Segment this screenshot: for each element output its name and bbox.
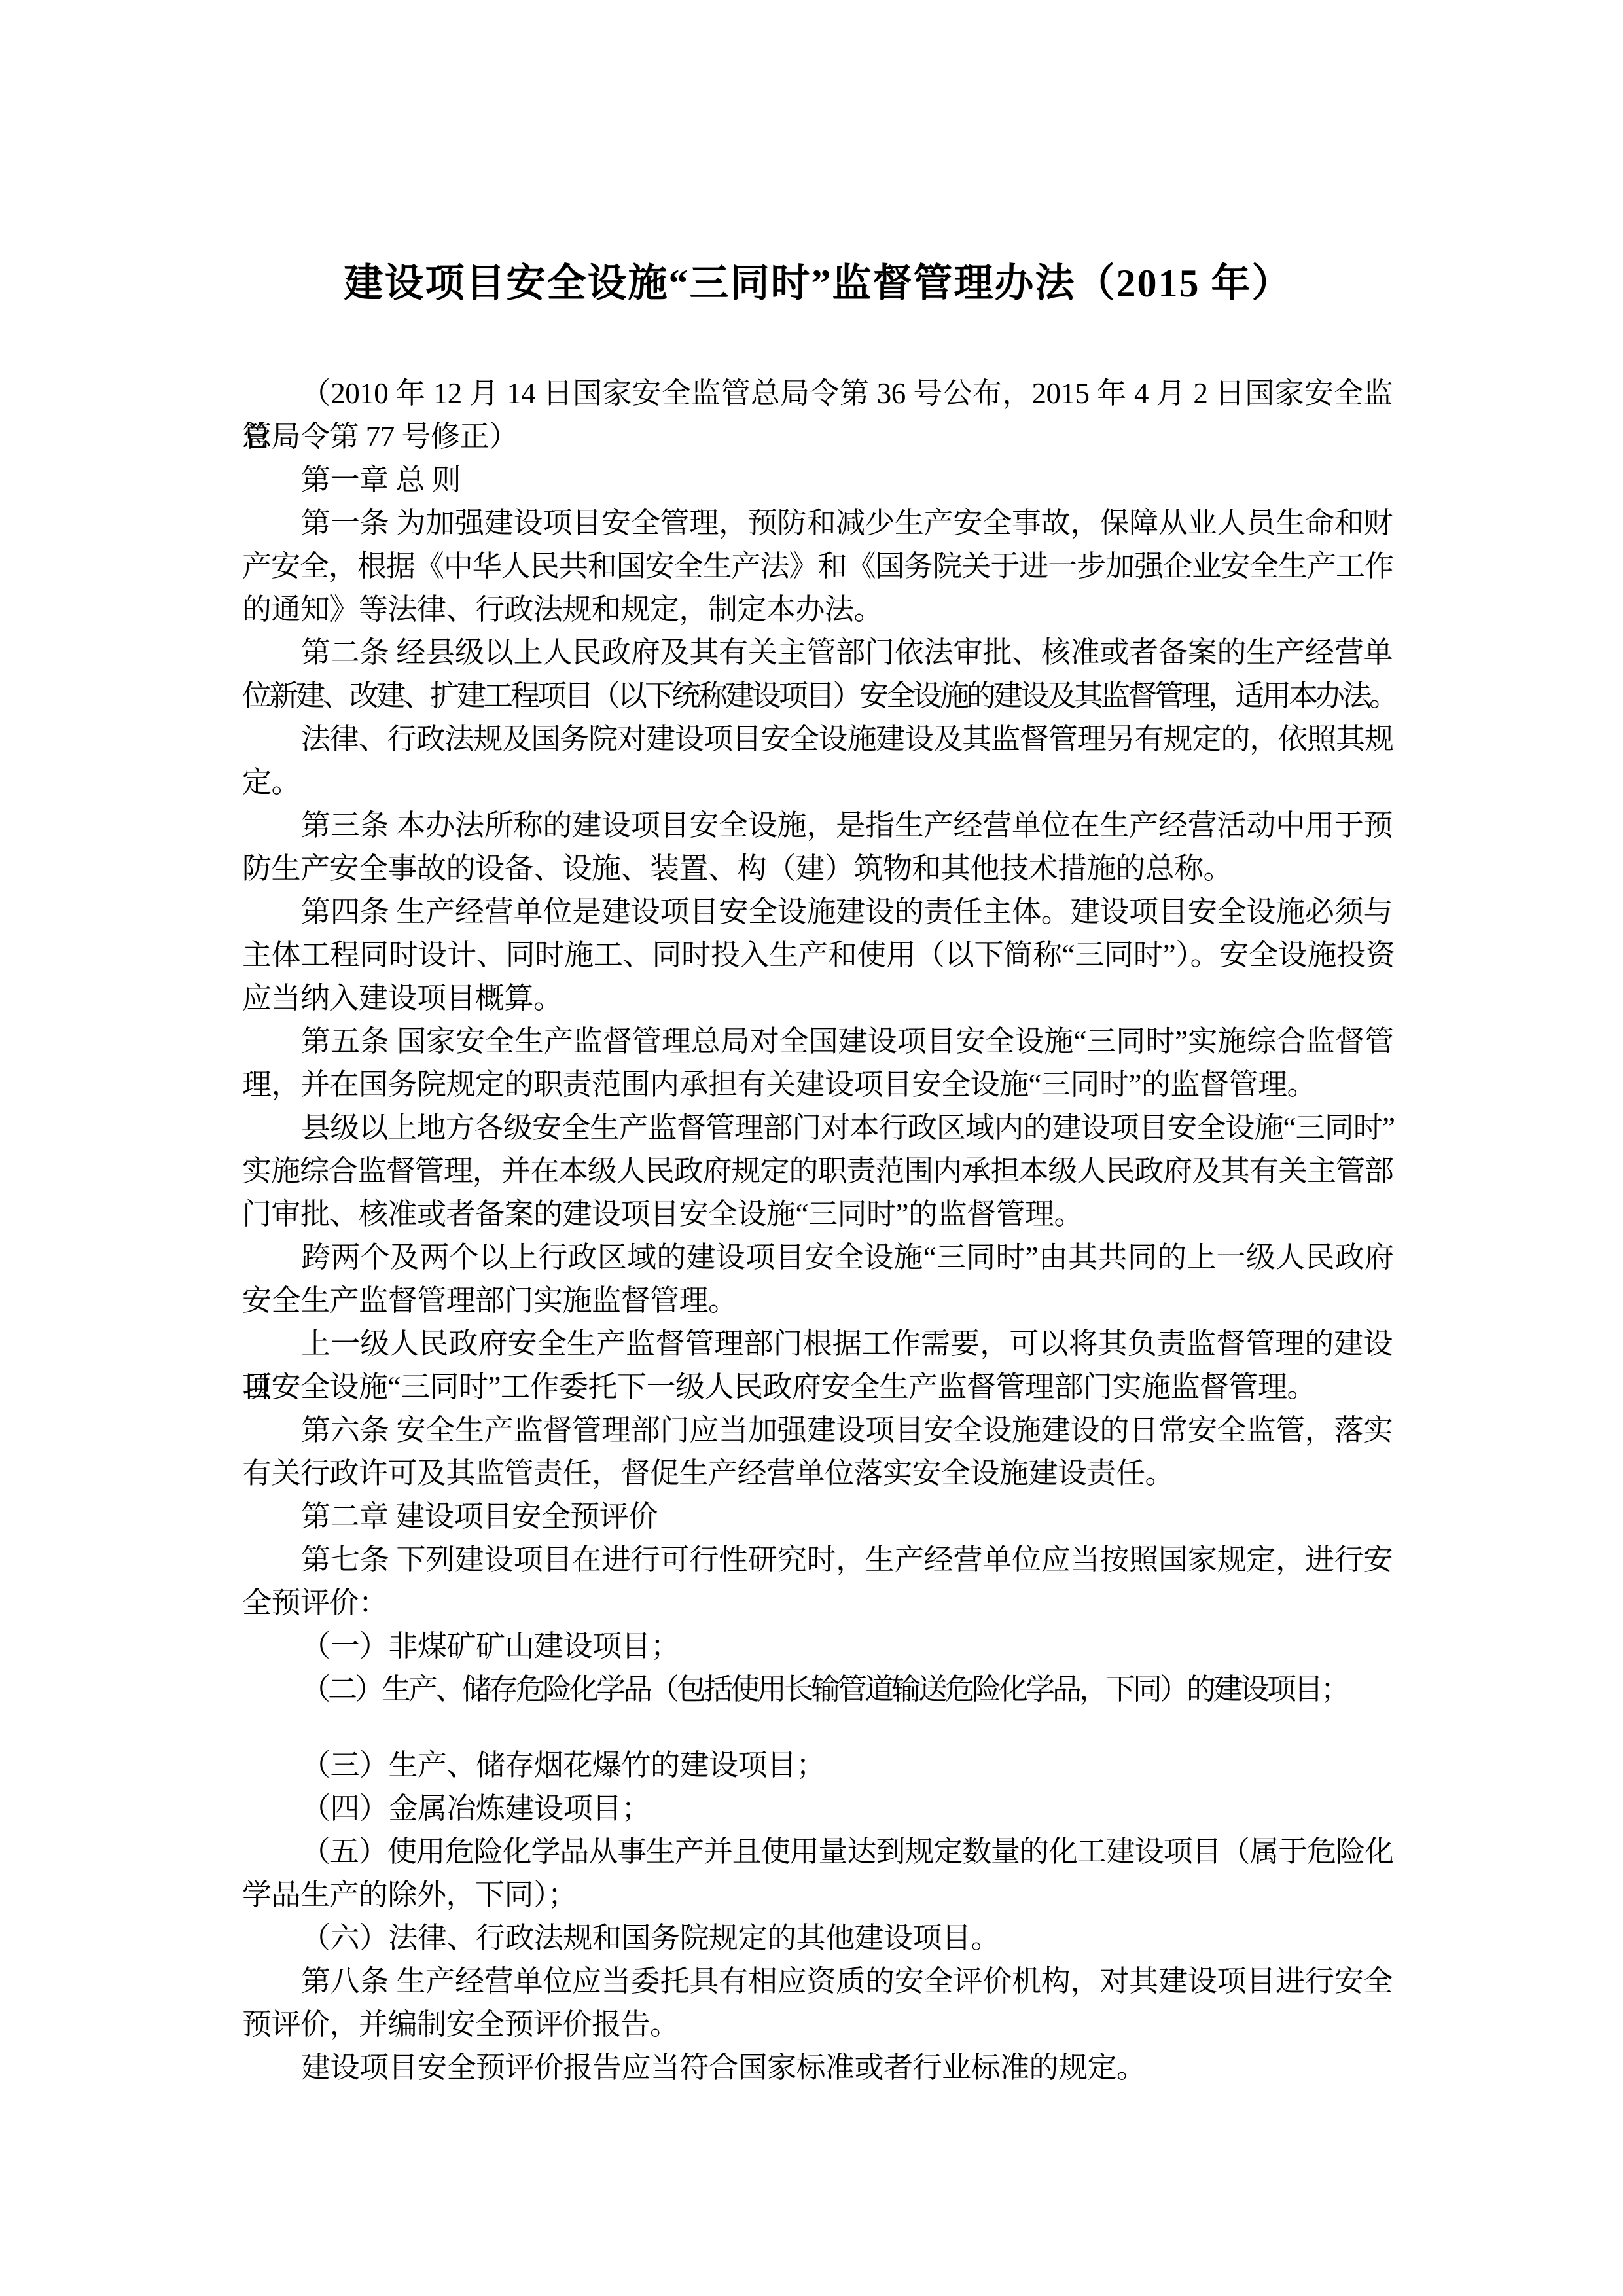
text-line: （四）金属冶炼建设项目；	[242, 1787, 1393, 1830]
text-line: （一）非煤矿矿山建设项目；	[242, 1624, 1393, 1668]
text-line: 有关行政许可及其监管责任，督促生产经营单位落实安全设施建设责任。	[242, 1452, 1393, 1495]
document-page: 建设项目安全设施“三同时”监督管理办法（2015 年） （2010 年 12 月…	[0, 0, 1623, 2296]
text-line: 门审批、核准或者备案的建设项目安全设施“三同时”的监督管理。	[242, 1193, 1393, 1236]
text-line: 建设项目安全预评价报告应当符合国家标准或者行业标准的规定。	[242, 2046, 1393, 2089]
text-line: （2010 年 12 月 14 日国家安全监管总局令第 36 号公布，2015 …	[242, 372, 1393, 415]
text-line: 应当纳入建设项目概算。	[242, 977, 1393, 1020]
text-line: 主体工程同时设计、同时施工、同时投入生产和使用（以下简称“三同时”）。安全设施投…	[242, 933, 1393, 977]
text-line: 跨两个及两个以上行政区域的建设项目安全设施“三同时”由其共同的上一级人民政府	[242, 1236, 1393, 1279]
text-line: （六）法律、行政法规和国务院规定的其他建设项目。	[242, 1916, 1393, 1960]
text-line: 第三条 本办法所称的建设项目安全设施，是指生产经营单位在生产经营活动中用于预	[242, 804, 1393, 847]
text-line: 第二条 经县级以上人民政府及其有关主管部门依法审批、核准或者备案的生产经营单	[242, 631, 1393, 674]
text-line: 第一条 为加强建设项目安全管理，预防和减少生产安全事故，保障从业人员生命和财	[242, 501, 1393, 545]
text-line: 防生产安全事故的设备、设施、装置、构（建）筑物和其他技术措施的总称。	[242, 847, 1393, 890]
text-line: 学品生产的除外，下同）；	[242, 1873, 1393, 1916]
text-line: 目安全设施“三同时”工作委托下一级人民政府安全生产监督管理部门实施监督管理。	[242, 1365, 1393, 1408]
text-line: 上一级人民政府安全生产监督管理部门根据工作需要，可以将其负责监督管理的建设项	[242, 1322, 1393, 1365]
text-line: 总局令第 77 号修正）	[242, 415, 1393, 458]
text-line: 第六条 安全生产监督管理部门应当加强建设项目安全设施建设的日常安全监管，落实	[242, 1408, 1393, 1452]
text-line: 定。	[242, 761, 1393, 804]
text-line: 理，并在国务院规定的职责范围内承担有关建设项目安全设施“三同时”的监督管理。	[242, 1063, 1393, 1106]
blank-line	[242, 1711, 1393, 1744]
document-body: （2010 年 12 月 14 日国家安全监管总局令第 36 号公布，2015 …	[0, 372, 1623, 2089]
text-line: （二）生产、储存危险化学品（包括使用长输管道输送危险化学品，下同）的建设项目；	[242, 1668, 1393, 1711]
text-line: 预评价，并编制安全预评价报告。	[242, 2003, 1393, 2046]
text-line: 的通知》等法律、行政法规和规定，制定本办法。	[242, 588, 1393, 631]
text-line: （五）使用危险化学品从事生产并且使用量达到规定数量的化工建设项目（属于危险化	[242, 1830, 1393, 1873]
text-line: 位新建、改建、扩建工程项目（以下统称建设项目）安全设施的建设及其监督管理，适用本…	[242, 674, 1393, 717]
text-line: 安全生产监督管理部门实施监督管理。	[242, 1279, 1393, 1322]
text-line: 第二章 建设项目安全预评价	[242, 1495, 1393, 1538]
text-line: 第四条 生产经营单位是建设项目安全设施建设的责任主体。建设项目安全设施必须与	[242, 890, 1393, 933]
document-title: 建设项目安全设施“三同时”监督管理办法（2015 年）	[242, 258, 1394, 309]
text-line: 县级以上地方各级安全生产监督管理部门对本行政区域内的建设项目安全设施“三同时”	[242, 1106, 1393, 1149]
text-line: 第八条 生产经营单位应当委托具有相应资质的安全评价机构，对其建设项目进行安全	[242, 1960, 1393, 2003]
text-line: 产安全，根据《中华人民共和国安全生产法》和《国务院关于进一步加强企业安全生产工作	[242, 545, 1393, 588]
text-line: 全预评价：	[242, 1581, 1393, 1624]
text-line: 第七条 下列建设项目在进行可行性研究时，生产经营单位应当按照国家规定，进行安	[242, 1538, 1393, 1581]
text-line: 法律、行政法规及国务院对建设项目安全设施建设及其监督管理另有规定的，依照其规	[242, 717, 1393, 761]
text-line: （三）生产、储存烟花爆竹的建设项目；	[242, 1744, 1393, 1787]
text-line: 第五条 国家安全生产监督管理总局对全国建设项目安全设施“三同时”实施综合监督管	[242, 1020, 1393, 1063]
text-line: 实施综合监督管理，并在本级人民政府规定的职责范围内承担本级人民政府及其有关主管部	[242, 1149, 1393, 1193]
text-line: 第一章 总 则	[242, 458, 1393, 501]
